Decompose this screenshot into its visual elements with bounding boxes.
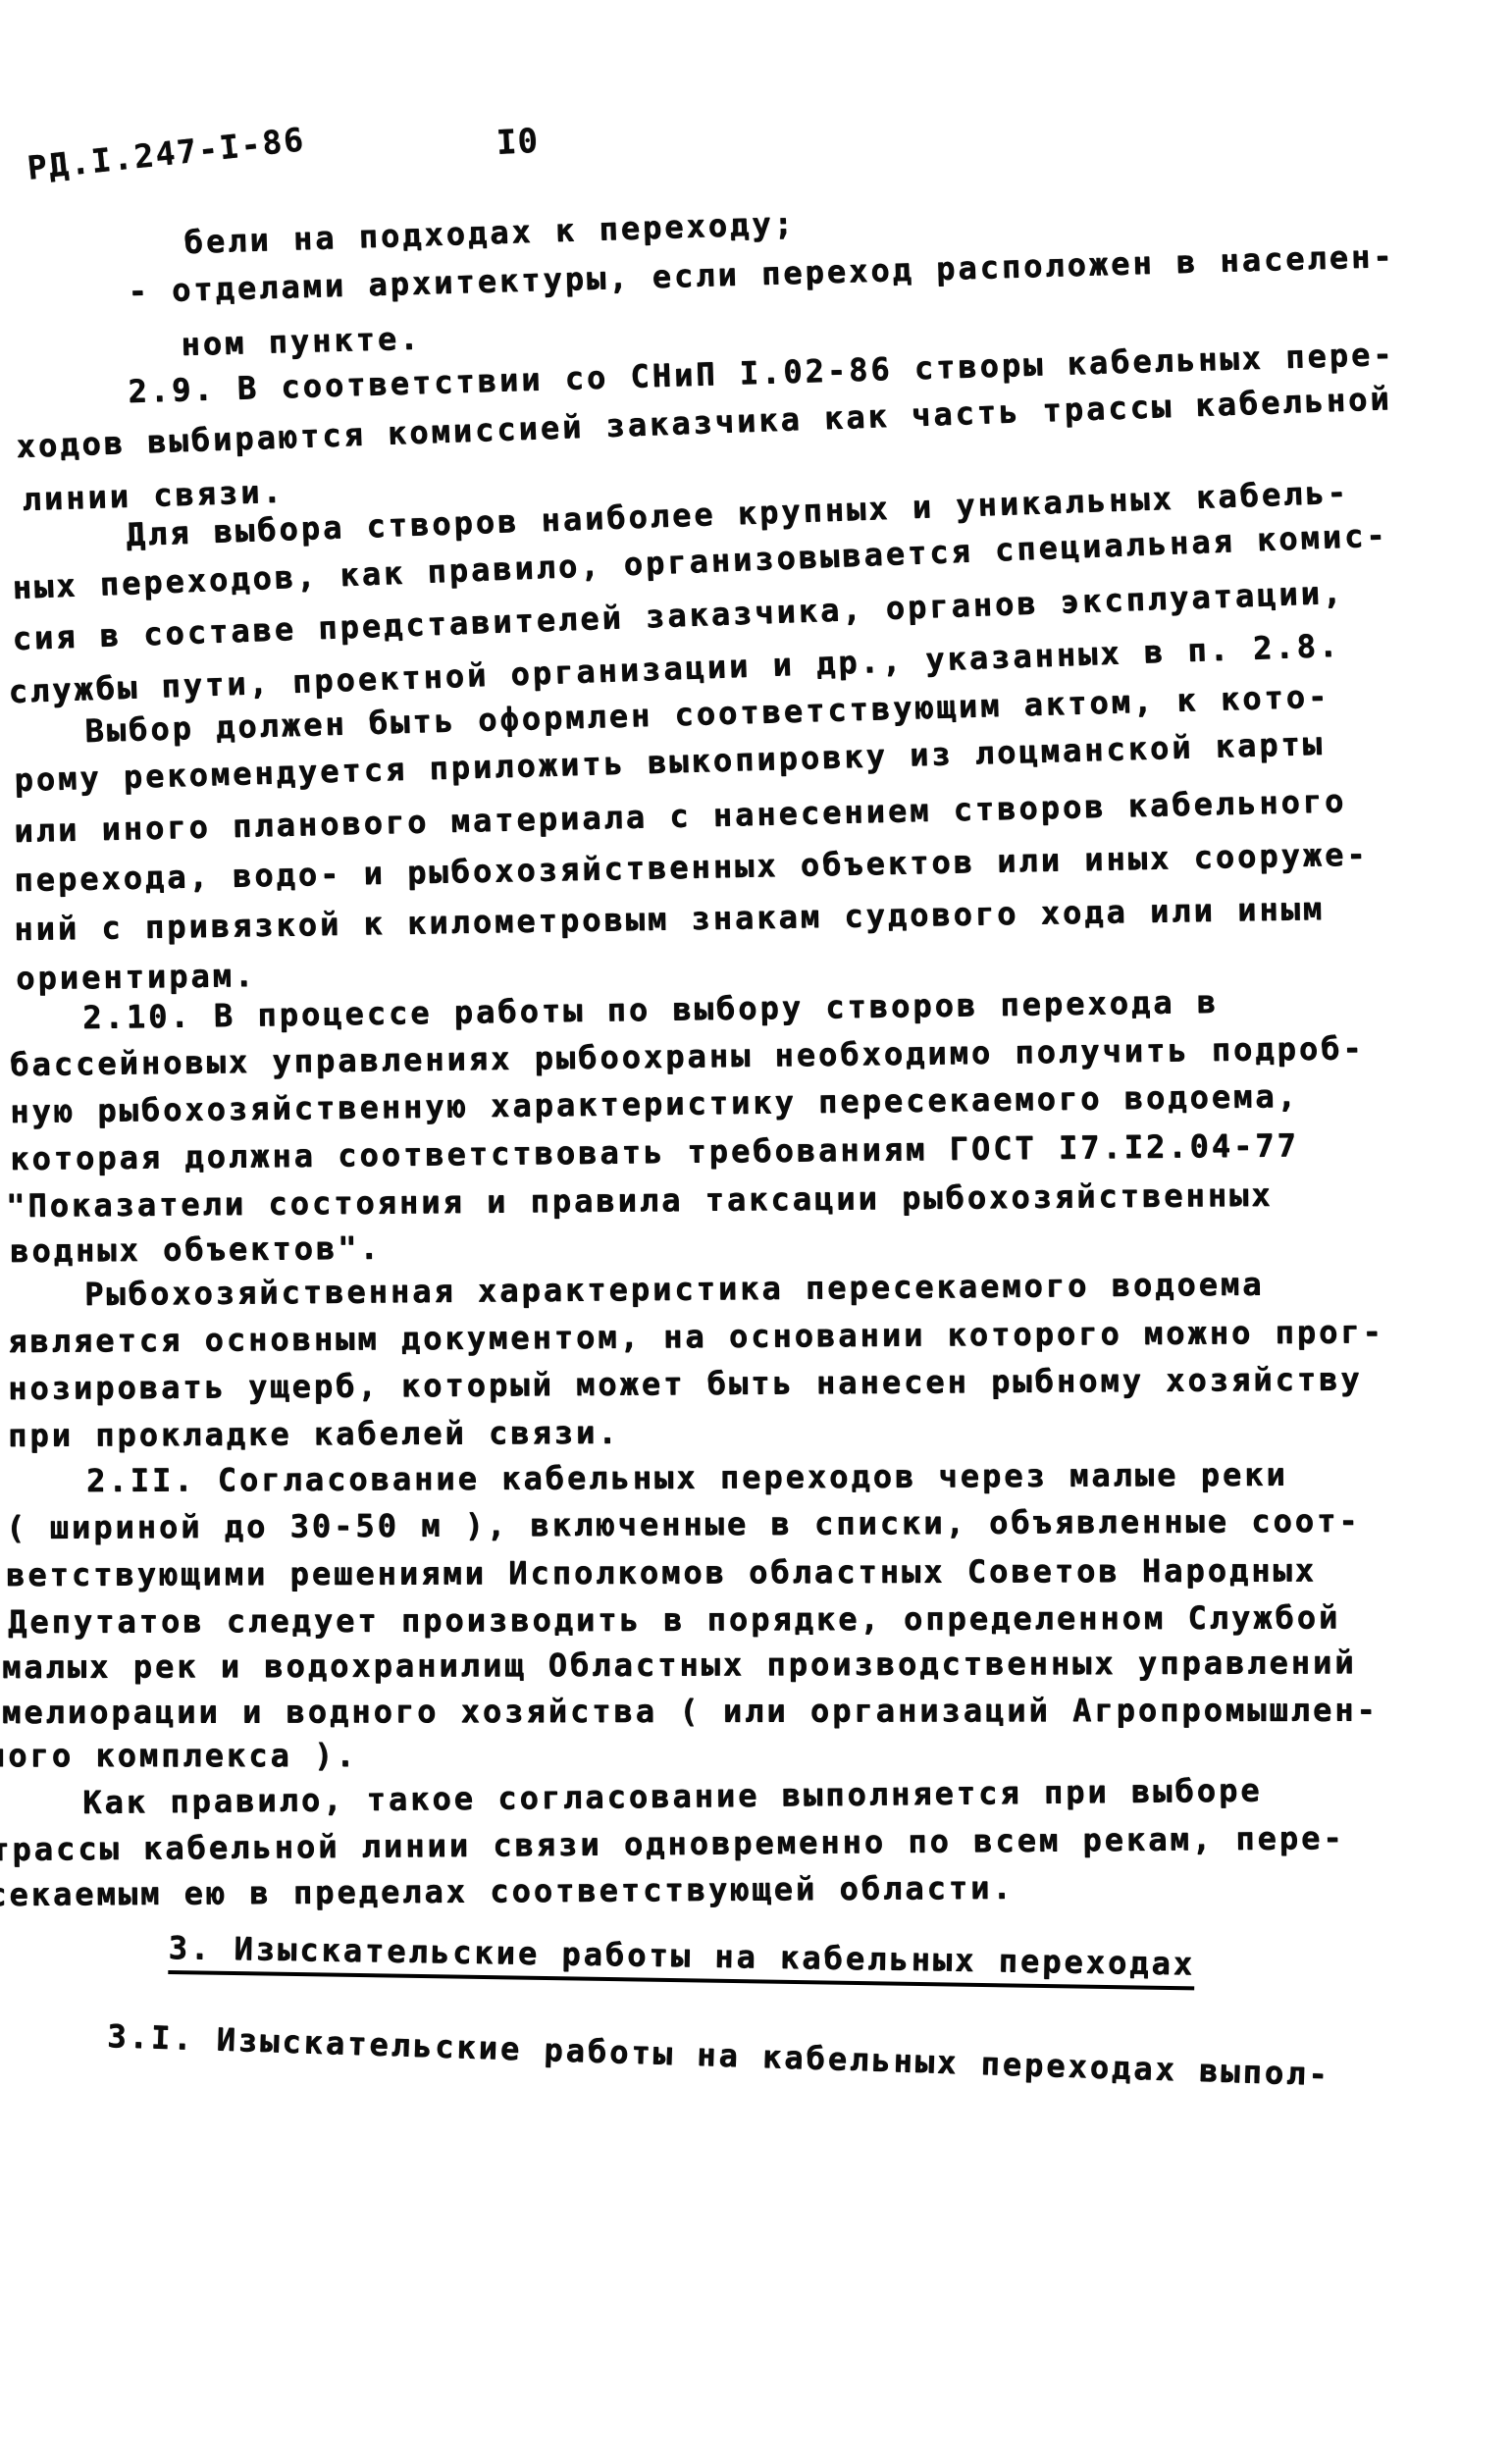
- text-line: секаемым ею в пределах соответствующей о…: [0, 1869, 1015, 1913]
- scanned-document-page: РД.I.247-I-86 I0 бели на подходах к пере…: [0, 0, 1512, 2454]
- text-line: ного комплекса ).: [0, 1737, 358, 1774]
- text-line: мелиорации и водного хозяйства ( или орг…: [2, 1692, 1379, 1731]
- text-line: "Показатели состояния и правила таксации…: [6, 1176, 1274, 1225]
- text-line: нозировать ущерб, который может быть нан…: [8, 1360, 1363, 1407]
- text-line: бели на подходах к переходу;: [183, 204, 796, 261]
- text-line: ориентирам.: [16, 957, 256, 997]
- text-line: Как правило, такое согласование выполняе…: [82, 1771, 1263, 1821]
- text-line: ветствующими решениями Исполкомов област…: [6, 1551, 1317, 1593]
- text-line: ном пункте.: [181, 320, 422, 363]
- text-line: трассы кабельной линии связи одновременн…: [0, 1819, 1345, 1868]
- text-line: 2.II. Согласование кабельных переходов ч…: [86, 1456, 1288, 1499]
- page-number: I0: [495, 122, 540, 163]
- text-line: Рыбохозяйственная характеристика пересек…: [84, 1266, 1265, 1313]
- text-line: ( шириной до 30-50 м ), включенные в спи…: [6, 1502, 1361, 1546]
- text-line: водных объектов".: [10, 1229, 382, 1270]
- document-number: РД.I.247-I-86: [26, 120, 307, 187]
- section-heading: 3. Изыскательские работы на кабельных пе…: [168, 1929, 1195, 1990]
- text-line: малых рек и водохранилищ Областных произ…: [2, 1644, 1357, 1686]
- text-line: 3.I. Изыскательские работы на кабельных …: [107, 2017, 1330, 2093]
- text-line: является основным документом, на основан…: [8, 1313, 1384, 1360]
- text-line: ний с привязкой к километровым знакам су…: [14, 890, 1325, 948]
- text-line: которая должна соответствовать требовани…: [10, 1126, 1299, 1177]
- text-line: ную рыбохозяйственную характеристику пер…: [10, 1077, 1299, 1130]
- text-line: Депутатов следует производить в порядке,…: [8, 1598, 1340, 1641]
- text-line: бассейновых управлениях рыбоохраны необх…: [10, 1029, 1365, 1083]
- text-line: при прокладке кабелей связи.: [8, 1414, 620, 1454]
